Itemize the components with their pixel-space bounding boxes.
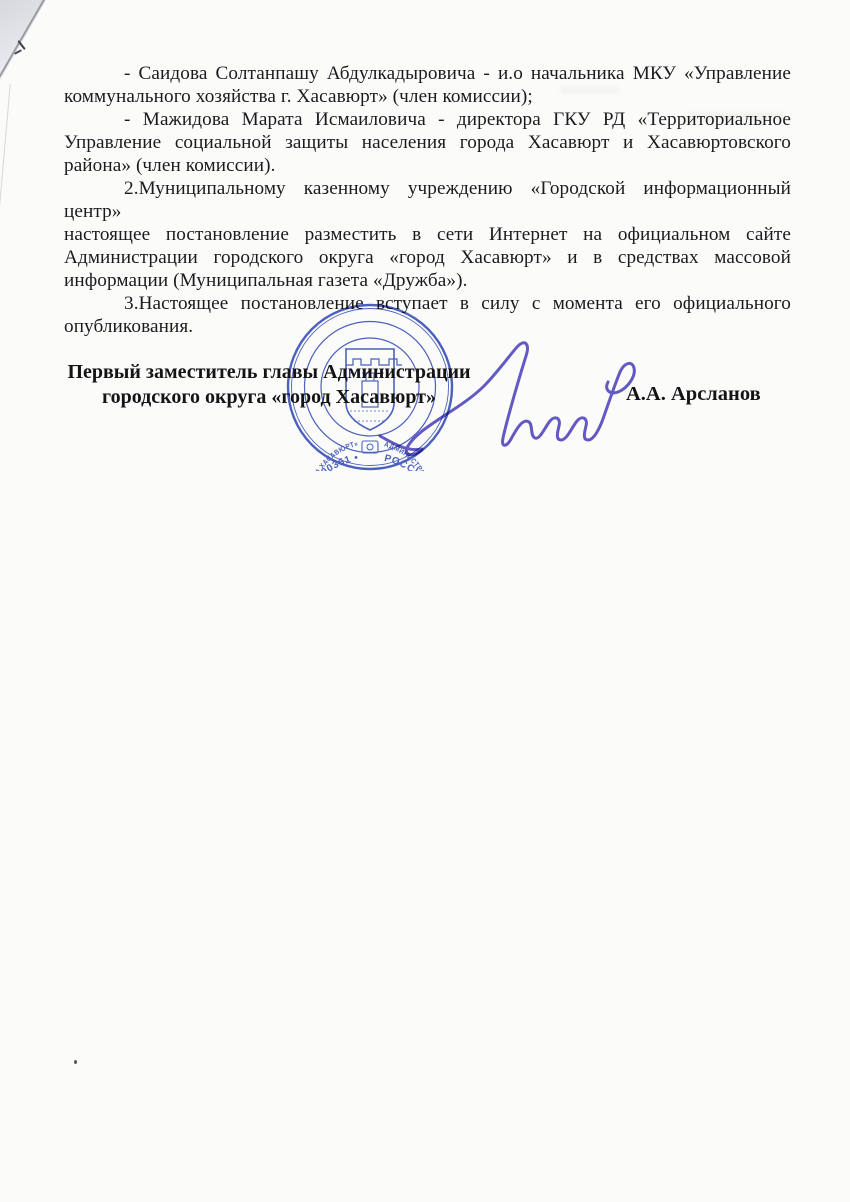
paragraph-line: - Мажидова Марата Исмаиловича - директор… <box>64 108 791 131</box>
paragraph-line: района» (член комиссии). <box>64 154 791 177</box>
paragraph-line: Администрации городского округа «город Х… <box>64 246 791 269</box>
scan-speck <box>74 1060 77 1064</box>
paragraph: - Мажидова Марата Исмаиловича - директор… <box>64 108 791 177</box>
scanned-document-page: - Саидова Солтанпашу Абдулкадыровича - и… <box>0 0 850 1202</box>
paragraph-line: настоящее постановление разместить в сет… <box>64 223 791 246</box>
paragraph-line: - Саидова Солтанпашу Абдулкадыровича - и… <box>64 62 791 85</box>
paragraph: - Саидова Солтанпашу Абдулкадыровича - и… <box>64 62 791 108</box>
paragraph-line: коммунального хозяйства г. Хасавюрт» (чл… <box>64 85 791 108</box>
scan-edge-line <box>0 84 11 216</box>
paragraph: 2.Муниципальному казенному учреждению «Г… <box>64 177 791 292</box>
document-text: - Саидова Солтанпашу Абдулкадыровича - и… <box>64 62 791 338</box>
paragraph-line: Управление социальной защиты населения г… <box>64 131 791 154</box>
handwritten-signature <box>372 328 662 473</box>
paragraph-line: информации (Муниципальная газета «Дружба… <box>64 269 791 292</box>
paragraph-line: 2.Муниципальному казенному учреждению «Г… <box>64 177 791 223</box>
scan-corner-shadow <box>0 0 50 86</box>
signature-stroke <box>380 343 634 455</box>
